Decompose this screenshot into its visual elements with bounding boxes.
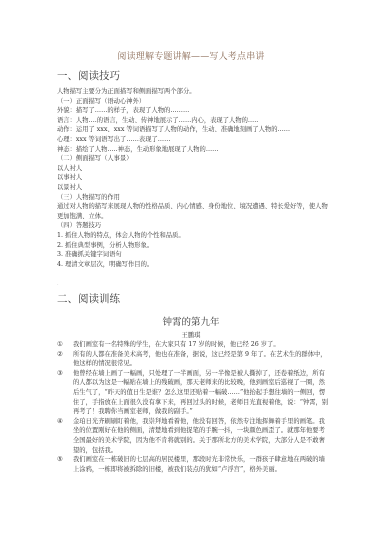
paragraph-text: 金珀日光齐刷刷盯着他，我崇拜地看着他，他没有回答，依然专注地挥舞着手里的画笔。我… <box>73 417 329 455</box>
sub4-heading: （四）答题技巧 <box>57 221 329 231</box>
paragraph-text: 我们画室在一栋破旧的七层高的居民楼里，那段时光非常快乐，一群孩子肆意地在两破的墙… <box>73 455 329 474</box>
sub4-item: 1. 抓住人物的特点，体会人物的个性和品质。 <box>57 231 329 241</box>
sub4-item: 3. 准确抓关键字词语句 <box>57 250 329 260</box>
sub2-line: 以人衬人 <box>57 164 329 174</box>
paragraph-number: ④ <box>57 417 73 455</box>
paragraph-number: ① <box>57 340 73 350</box>
paragraph-number: ② <box>57 350 73 369</box>
paragraph-text: 所有的人都在准备美术高考，他也在准备，据说，这已经是第 9 年了。在艺术生的群体… <box>73 350 329 369</box>
sub3-text: 通过对人物的描写来展现人物的性格品质、内心情感、身份地位、境况遭遇、特长爱好等，… <box>57 202 329 221</box>
intro-text: 人物描写主要分为正面描写和侧面描写两个部分。 <box>57 87 329 97</box>
document-title: 阅读理解专题讲解——写人考点串讲 <box>0 49 382 62</box>
sub1-line: 心理：xxx 等词语写出了……表现了…… <box>57 135 329 145</box>
sub1-line: 外貌：描写了……的样子，表现了人物的……… <box>57 106 329 116</box>
story-paragraph: ① 我们画室有一名特殊的学生，在大家只有 17 岁的时候，他已经 26 岁了。 <box>57 340 329 350</box>
story-body: ① 我们画室有一名特殊的学生，在大家只有 17 岁的时候，他已经 26 岁了。 … <box>57 340 329 474</box>
story-paragraph: ② 所有的人都在准备美术高考，他也在准备，据说，这已经是第 9 年了。在艺术生的… <box>57 350 329 369</box>
sub4-item: 2. 抓住典型事例，分析人物形象。 <box>57 241 329 251</box>
story-author: 王鹏琪 <box>0 330 382 339</box>
paragraph-number: ③ <box>57 369 73 417</box>
sub1-line: 神态：描绘了人物…..神态，生动形象地展现了人物的…… <box>57 145 329 155</box>
section1-body: 人物描写主要分为正面描写和侧面描写两个部分。 （一）正面描写（语动心神外） 外貌… <box>57 87 329 269</box>
story-paragraph: ③ 他曾经在墙上画了一幅画，只处理了一半画面，另一半像是被人撕掉了，还卷着纸边，… <box>57 369 329 417</box>
sub2-heading: （二）侧面描写（人事景） <box>57 154 329 164</box>
sub1-line: 动作：运用了 xxx、xxx 等词语描写了人物的动作，生动、准确地刻画了人物的…… <box>57 125 329 135</box>
section1-heading: 一、阅读技巧 <box>57 68 120 83</box>
story-paragraph: ⑤ 我们画室在一栋破旧的七层高的居民楼里，那段时光非常快乐，一群孩子肆意地在两破… <box>57 455 329 474</box>
story-paragraph: ④ 金珀日光齐刷刷盯着他，我崇拜地看着他，他没有回答，依然专注地挥舞着手里的画笔… <box>57 417 329 455</box>
sub1-heading: （一）正面描写（语动心神外） <box>57 97 329 107</box>
section2-heading: 二、阅读训练 <box>57 291 120 306</box>
sub1-line: 语言：人物….的语言，生动、传神地展示了……内心，表现了人物的….. <box>57 116 329 126</box>
paragraph-text: 我们画室有一名特殊的学生，在大家只有 17 岁的时候，他已经 26 岁了。 <box>73 340 329 350</box>
sub3-heading: （三）人物描写的作用 <box>57 193 329 203</box>
story-title: 钟霄的第九年 <box>0 314 382 328</box>
sub4-item: 4. 理清文章层次，明确写作目的。 <box>57 260 329 270</box>
document-page: 阅读理解专题讲解——写人考点串讲 一、阅读技巧 人物描写主要分为正面描写和侧面描… <box>0 0 382 540</box>
paragraph-text: 他曾经在墙上画了一幅画，只处理了一半画面，另一半像是被人撕掉了，还卷着纸边，所有… <box>73 369 329 417</box>
paragraph-number: ⑤ <box>57 455 73 474</box>
sub2-line: 以景衬人 <box>57 183 329 193</box>
stray-mark: · <box>57 282 59 288</box>
sub2-line: 以事衬人 <box>57 173 329 183</box>
